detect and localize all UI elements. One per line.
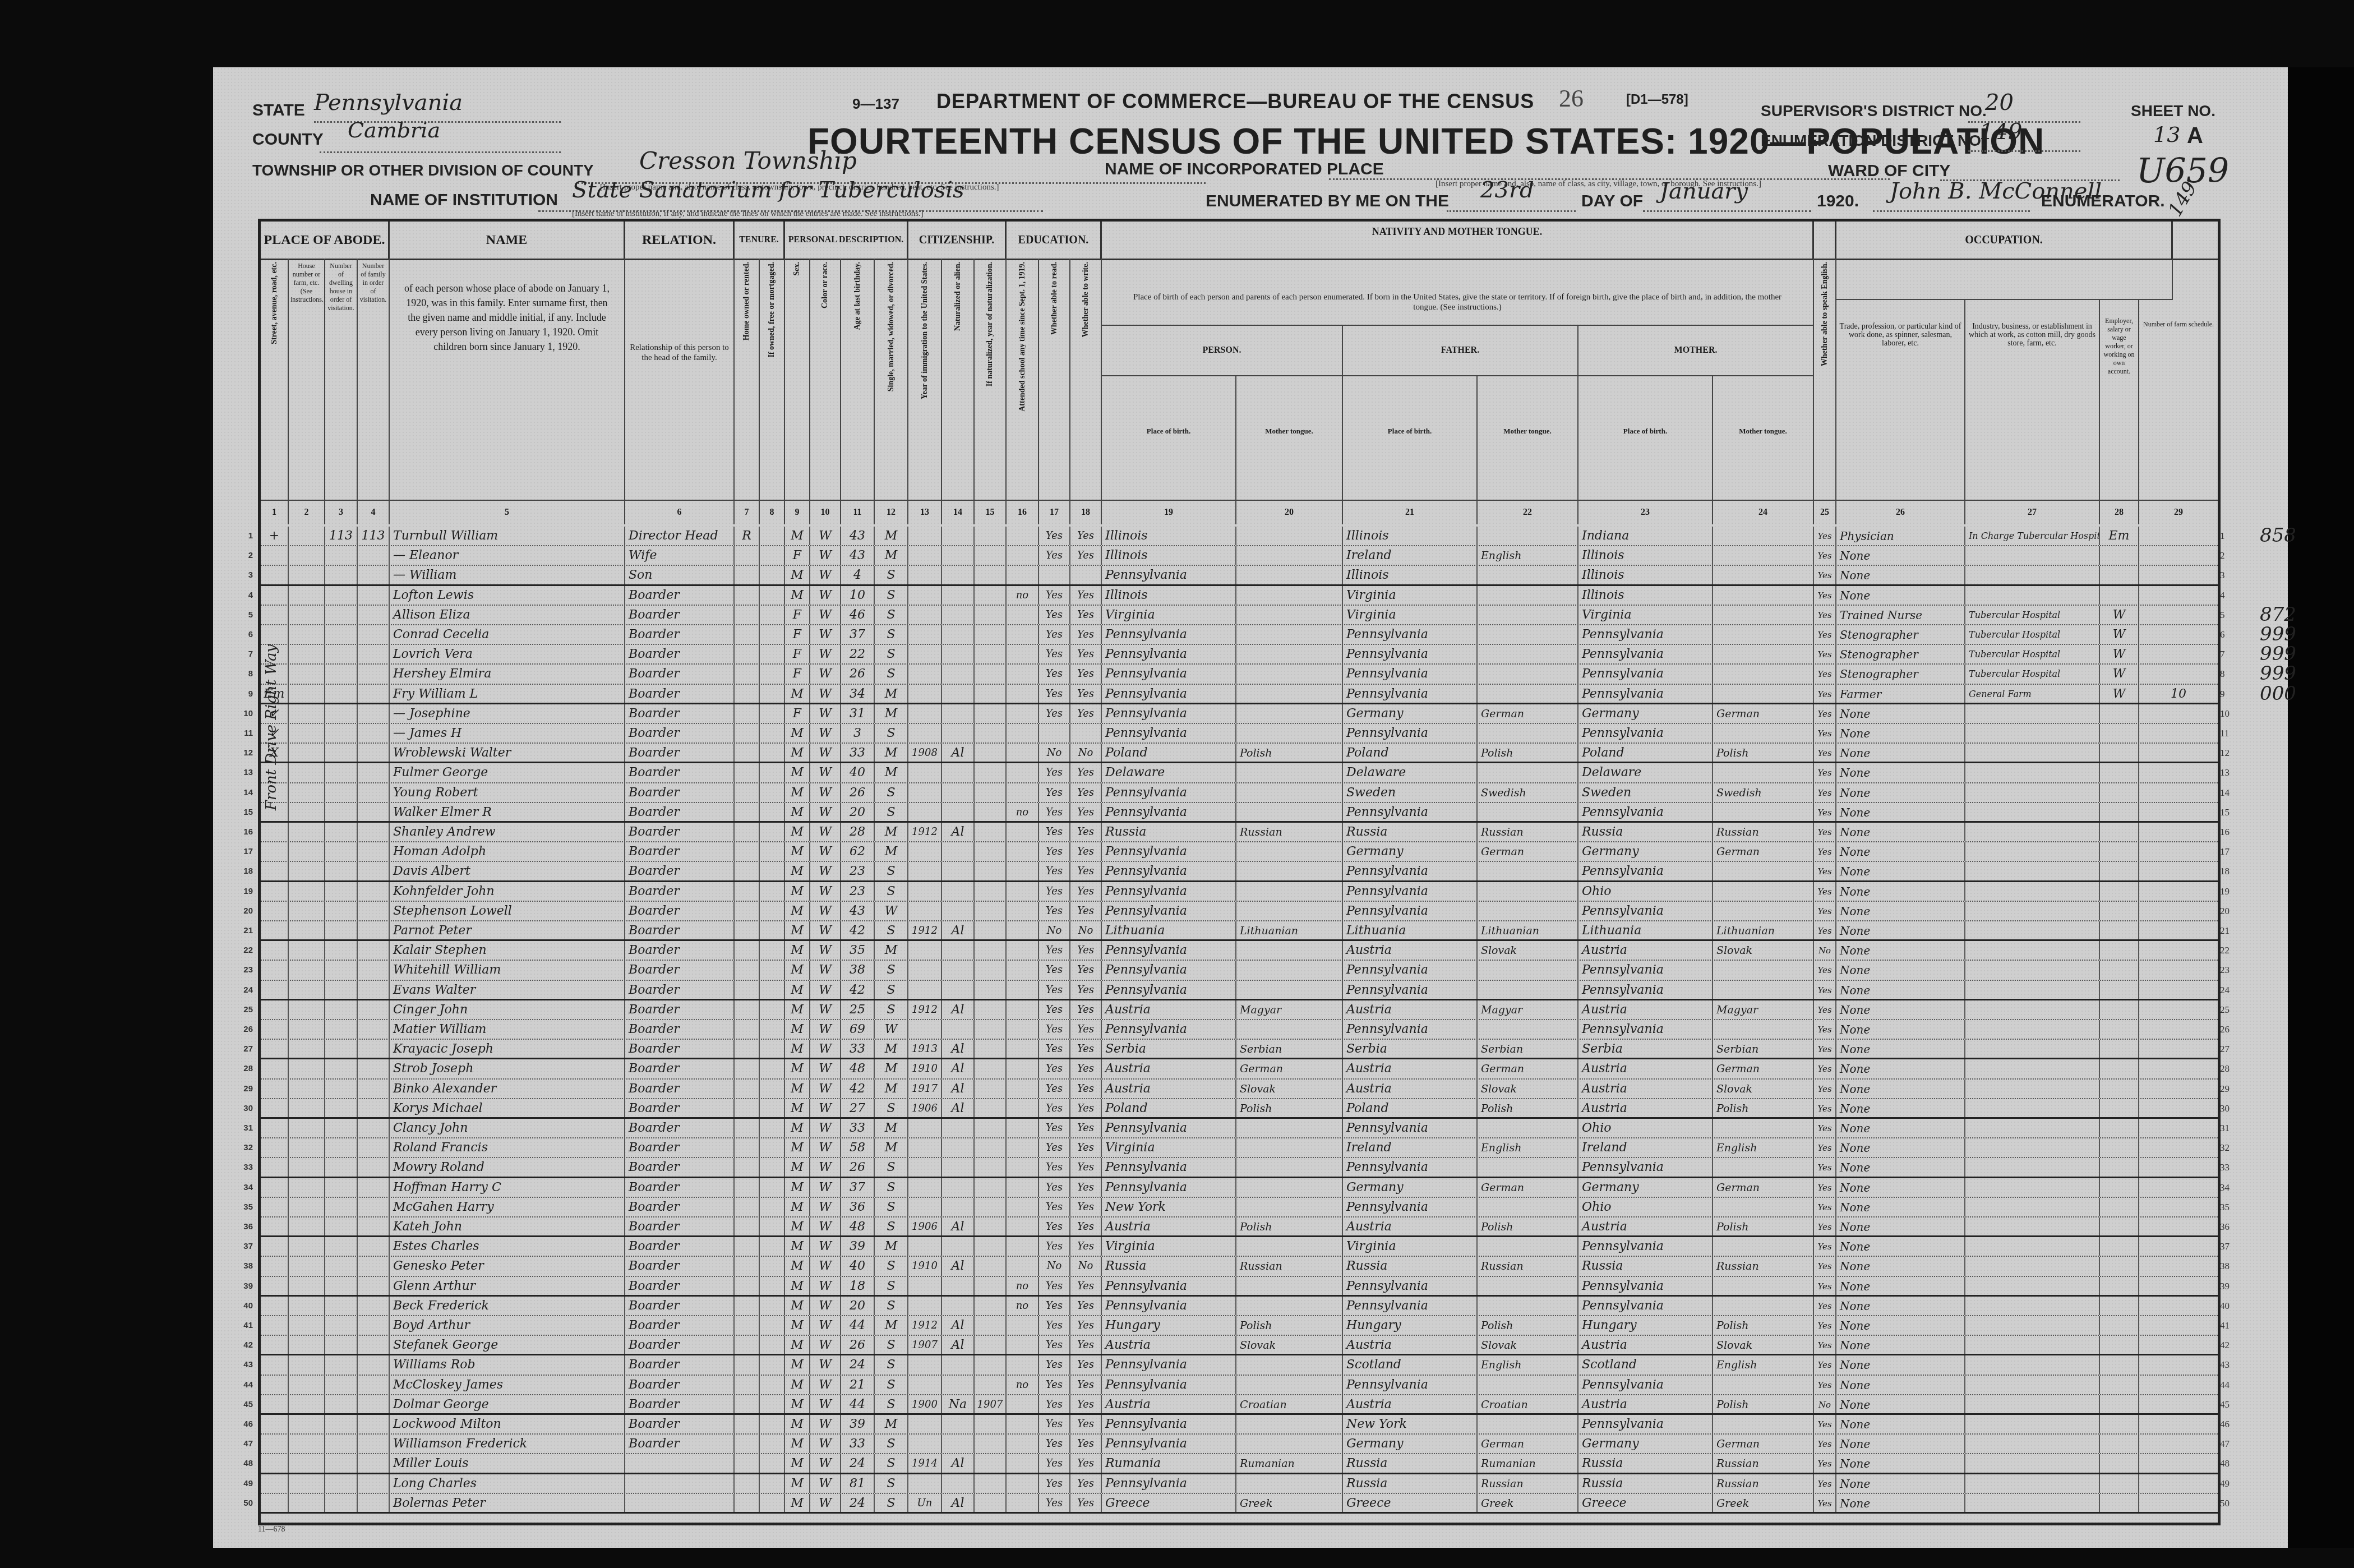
cell-naturalization-year (975, 823, 1007, 841)
cell-street (261, 902, 289, 920)
cell-sex: M (785, 823, 810, 841)
cell-read: Yes (1039, 1277, 1070, 1295)
cell-immigration (908, 1415, 942, 1433)
cell-relation: Boarder (625, 1297, 735, 1315)
cell-sex: M (785, 1277, 810, 1295)
cell-father-tongue (1478, 1376, 1578, 1394)
line-number: 43 (230, 1355, 253, 1375)
cell-tenure (735, 1474, 760, 1493)
cell-house (289, 1080, 325, 1098)
table-row: 9 Em Fry William L Boarder M W 34 M Yes … (261, 685, 2218, 704)
cell-mother-tongue: Magyar (1236, 1000, 1343, 1019)
cell-read: Yes (1039, 1138, 1070, 1157)
cell-age: 48 (841, 1059, 875, 1078)
cell-father-tongue (1478, 586, 1578, 605)
cell-street (261, 1198, 289, 1216)
cell-english: Yes (1814, 1435, 1836, 1453)
cell-dwelling (325, 566, 358, 584)
cell-farm (2139, 1395, 2218, 1413)
cell-farm (2139, 1178, 2218, 1197)
cell-house (289, 1336, 325, 1354)
cell-street (261, 941, 289, 960)
cell-school (1007, 665, 1039, 683)
cell-marital: S (875, 1217, 908, 1235)
cell-house (289, 1119, 325, 1137)
cell-tenure (735, 566, 760, 584)
cell-occupation: None (1836, 566, 1965, 584)
cell-naturalization-year (975, 1435, 1007, 1453)
cell-naturalization-year (975, 1355, 1007, 1374)
cell-mother-birthplace: Pennsylvania (1578, 1020, 1713, 1039)
col-2-header: House number or farm, etc. (See instruct… (289, 259, 325, 500)
cell-naturalization-year (975, 961, 1007, 979)
cell-family (358, 1297, 390, 1315)
cell-street: + (261, 527, 289, 545)
cell-mother-tongue (1236, 882, 1343, 901)
cell-occupation: None (1836, 546, 1965, 565)
cell-english: Yes (1814, 625, 1836, 644)
cell-naturalized (942, 1277, 975, 1295)
cell-farm (2139, 645, 2218, 663)
cell-naturalized (942, 1138, 975, 1157)
cell-street (261, 1336, 289, 1354)
cell-write: Yes (1070, 1059, 1102, 1078)
cell-race: W (810, 1415, 841, 1433)
cell-industry (1965, 981, 2100, 999)
colnum-25: 25 (1814, 500, 1836, 524)
cell-mother-mother-tongue: German (1713, 842, 1814, 861)
cell-relation: Boarder (625, 1138, 735, 1157)
col-27-header: Industry, business, or establishment in … (1965, 300, 2100, 500)
cell-mother-mother-tongue: English (1713, 1138, 1814, 1157)
cell-birthplace: Pennsylvania (1102, 645, 1236, 663)
line-number-right: 44 (2220, 1376, 2242, 1395)
cell-marital: S (875, 1494, 908, 1512)
cell-birthplace: Illinois (1102, 527, 1236, 545)
cell-age: 27 (841, 1099, 875, 1117)
cell-occupation: None (1836, 1336, 1965, 1354)
cell-mother-mother-tongue (1713, 606, 1814, 624)
cell-farm (2139, 527, 2218, 545)
cell-tenure (735, 823, 760, 841)
line-number-right: 30 (2220, 1099, 2242, 1118)
colnum-14: 14 (942, 500, 975, 524)
cell-read: Yes (1039, 1297, 1070, 1315)
cell-industry (1965, 1020, 2100, 1039)
cell-employer (2100, 1395, 2139, 1413)
cell-read: No (1039, 744, 1070, 762)
col-25-header: Whether able to speak English. (1814, 259, 1836, 500)
cell-read: Yes (1039, 546, 1070, 565)
cell-name: Krayacic Joseph (390, 1040, 625, 1058)
cell-age: 22 (841, 645, 875, 663)
cell-sex: M (785, 1395, 810, 1413)
cell-name: Lovrich Vera (390, 645, 625, 663)
cell-father-birthplace: Austria (1343, 941, 1478, 960)
cell-marital: M (875, 1415, 908, 1433)
cell-name: Fulmer George (390, 763, 625, 782)
cell-mortgage (760, 527, 785, 545)
cell-farm (2139, 1237, 2218, 1256)
cell-read: Yes (1039, 1316, 1070, 1335)
cell-industry (1965, 1277, 2100, 1295)
cell-family (358, 1020, 390, 1039)
cell-mother-tongue: Slovak (1236, 1336, 1343, 1354)
cell-mother-tongue (1236, 902, 1343, 920)
cell-industry (1965, 783, 2100, 802)
cell-mother-tongue (1236, 1435, 1343, 1453)
cell-mother-birthplace: Ohio (1578, 882, 1713, 901)
cell-mother-mother-tongue: Polish (1713, 1217, 1814, 1235)
cell-immigration: 1917 (908, 1080, 942, 1098)
cell-marital: M (875, 527, 908, 545)
cell-sex: M (785, 1000, 810, 1019)
cell-relation: Boarder (625, 1178, 735, 1197)
cell-read: Yes (1039, 1000, 1070, 1019)
cell-marital: M (875, 685, 908, 703)
cell-father-tongue: Russian (1478, 1474, 1578, 1493)
cell-mother-tongue (1236, 961, 1343, 979)
cell-industry (1965, 1316, 2100, 1335)
cell-mother-mother-tongue (1713, 1158, 1814, 1176)
col-23-header: Place of birth. (1578, 376, 1713, 500)
cell-mother-mother-tongue: Russian (1713, 823, 1814, 841)
cell-occupation: None (1836, 1316, 1965, 1335)
cell-naturalization-year (975, 1297, 1007, 1315)
cell-birthplace: Greece (1102, 1494, 1236, 1512)
cell-school (1007, 1000, 1039, 1019)
cell-race: W (810, 803, 841, 821)
cell-naturalized (942, 1355, 975, 1374)
cell-age: 69 (841, 1020, 875, 1039)
cell-english: Yes (1814, 1217, 1836, 1235)
cell-marital: S (875, 645, 908, 663)
cell-street (261, 586, 289, 605)
cell-occupation: None (1836, 1099, 1965, 1117)
cell-father-tongue (1478, 527, 1578, 545)
cell-mother-birthplace: Ohio (1578, 1198, 1713, 1216)
table-row: 8 Hershey Elmira Boarder F W 26 S Yes Ye… (261, 665, 2218, 684)
cell-name: Beck Frederick (390, 1297, 625, 1315)
cell-mother-mother-tongue: Slovak (1713, 941, 1814, 960)
col-13-text: Year of immigration to the United States… (921, 262, 929, 399)
cell-father-tongue: German (1478, 1059, 1578, 1078)
cell-sex: M (785, 961, 810, 979)
cell-mother-mother-tongue (1713, 981, 1814, 999)
cell-write: Yes (1070, 1198, 1102, 1216)
cell-occupation: Farmer (1836, 685, 1965, 703)
cell-marital: S (875, 625, 908, 644)
father-header: FATHER. (1343, 326, 1578, 376)
person-header: PERSON. (1102, 326, 1343, 376)
table-row: 42 Stefanek George Boarder M W 26 S 1907… (261, 1336, 2218, 1355)
cell-race: W (810, 902, 841, 920)
cell-dwelling (325, 1395, 358, 1413)
cell-mother-birthplace: Ohio (1578, 1119, 1713, 1137)
cell-mortgage (760, 1415, 785, 1433)
cell-mortgage (760, 1257, 785, 1275)
table-row: 12 X Wroblewski Walter Boarder M W 33 M … (261, 744, 2218, 763)
cell-relation: Boarder (625, 1158, 735, 1176)
cell-immigration (908, 1297, 942, 1315)
cell-mother-birthplace: Austria (1578, 1000, 1713, 1019)
cell-mother-mother-tongue (1713, 961, 1814, 979)
cell-naturalization-year (975, 882, 1007, 901)
cell-name: Evans Walter (390, 981, 625, 999)
line-number-right: 36 (2220, 1217, 2242, 1237)
line-number-right: 35 (2220, 1198, 2242, 1217)
cell-relation: Boarder (625, 823, 735, 841)
cell-sex: M (785, 1454, 810, 1472)
table-row: 26 Matier William Boarder M W 69 W Yes Y… (261, 1020, 2218, 1040)
cell-industry (1965, 1158, 2100, 1176)
cell-sex: M (785, 1237, 810, 1256)
cell-marital: S (875, 1178, 908, 1197)
cell-employer (2100, 1316, 2139, 1335)
cell-write: Yes (1070, 704, 1102, 723)
cell-name: Cinger John (390, 1000, 625, 1019)
col-19-header: Place of birth. (1102, 376, 1236, 500)
cell-school (1007, 823, 1039, 841)
line-number: 12 (230, 744, 253, 763)
cell-mother-birthplace: Russia (1578, 1454, 1713, 1472)
cell-naturalized (942, 704, 975, 723)
line-number: 11 (230, 724, 253, 743)
cell-mother-birthplace: Illinois (1578, 586, 1713, 605)
cell-read: Yes (1039, 783, 1070, 802)
cell-naturalization-year: 1907 (975, 1395, 1007, 1413)
cell-street (261, 981, 289, 999)
cell-family (358, 1059, 390, 1078)
cell-family (358, 1158, 390, 1176)
cell-tenure (735, 1059, 760, 1078)
cell-relation: Boarder (625, 803, 735, 821)
line-number-right: 25 (2220, 1000, 2242, 1020)
cell-occupation: None (1836, 1178, 1965, 1197)
cell-write: Yes (1070, 606, 1102, 624)
cell-sex: M (785, 783, 810, 802)
cell-english: Yes (1814, 902, 1836, 920)
group-occupation: OCCUPATION. (1836, 222, 2173, 259)
cell-immigration (908, 783, 942, 802)
line-number-right: 28 (2220, 1059, 2242, 1078)
cell-street (261, 1494, 289, 1512)
cell-employer (2100, 1415, 2139, 1433)
table-row: 47 Williamson Frederick Boarder M W 33 S… (261, 1435, 2218, 1454)
cell-read (1039, 566, 1070, 584)
colnum-29: 29 (2139, 500, 2218, 524)
col-11-header: Age at last birthday. (841, 259, 875, 500)
cell-marital: S (875, 606, 908, 624)
cell-house (289, 803, 325, 821)
line-number-right: 50 (2220, 1494, 2242, 1513)
cell-mortgage (760, 1297, 785, 1315)
cell-tenure (735, 1415, 760, 1433)
line-number-right: 9 (2220, 685, 2242, 704)
cell-name: Long Charles (390, 1474, 625, 1493)
cell-mother-tongue (1236, 546, 1343, 565)
cell-naturalization-year (975, 981, 1007, 999)
line-number: 17 (230, 842, 253, 861)
cell-father-tongue (1478, 862, 1578, 880)
cell-industry: Tubercular Hospital (1965, 645, 2100, 663)
cell-naturalized: Al (942, 1316, 975, 1335)
enumeration-line (1968, 150, 2080, 152)
cell-read: Yes (1039, 1080, 1070, 1098)
cell-immigration (908, 1435, 942, 1453)
cell-relation: Boarder (625, 645, 735, 663)
cell-street (261, 921, 289, 939)
group-education: EDUCATION. (1007, 222, 1102, 259)
cell-name: Boyd Arthur (390, 1316, 625, 1335)
cell-occupation: None (1836, 763, 1965, 782)
cell-dwelling (325, 981, 358, 999)
cell-occupation: None (1836, 823, 1965, 841)
cell-school (1007, 1217, 1039, 1235)
cell-mortgage (760, 1040, 785, 1058)
cell-school (1007, 685, 1039, 703)
cell-family (358, 1198, 390, 1216)
cell-english: Yes (1814, 1119, 1836, 1137)
cell-mortgage (760, 1000, 785, 1019)
col-7-text: Home owned or rented. (742, 262, 751, 340)
cell-mother-tongue (1236, 1376, 1343, 1394)
cell-house (289, 823, 325, 841)
cell-mother-birthplace: Pennsylvania (1578, 645, 1713, 663)
cell-occupation: None (1836, 1198, 1965, 1216)
cell-relation: Son (625, 566, 735, 584)
cell-english: Yes (1814, 823, 1836, 841)
cell-dwelling (325, 1494, 358, 1512)
cell-house (289, 665, 325, 683)
cell-name: Fry William L (390, 685, 625, 703)
line-number: 32 (230, 1138, 253, 1157)
col-18-text: Whether able to write. (1082, 262, 1090, 337)
line-number-right: 22 (2220, 941, 2242, 960)
cell-tenure (735, 803, 760, 821)
table-row: 19 Kohnfelder John Boarder M W 23 S Yes … (261, 882, 2218, 902)
cell-tenure (735, 1454, 760, 1472)
line-number: 28 (230, 1059, 253, 1078)
cell-naturalization-year (975, 1020, 1007, 1039)
cell-mother-tongue (1236, 606, 1343, 624)
cell-naturalization-year (975, 1119, 1007, 1137)
cell-house (289, 527, 325, 545)
cell-father-birthplace: Austria (1343, 1336, 1478, 1354)
cell-employer (2100, 1178, 2139, 1197)
group-personal: PERSONAL DESCRIPTION. (785, 222, 908, 259)
cell-marital: M (875, 823, 908, 841)
cell-mother-birthplace: Russia (1578, 823, 1713, 841)
incorporated-label: NAME OF INCORPORATED PLACE (1105, 160, 1384, 179)
cell-family (358, 744, 390, 762)
cell-read: Yes (1039, 1435, 1070, 1453)
cell-sex: M (785, 1158, 810, 1176)
cell-mother-tongue (1236, 1020, 1343, 1039)
col-15-text: If naturalized, year of naturalization. (986, 262, 994, 386)
cell-employer (2100, 842, 2139, 861)
cell-father-birthplace: Pennsylvania (1343, 1376, 1478, 1394)
cell-sex: M (785, 724, 810, 743)
cell-dwelling (325, 1178, 358, 1197)
cell-sex: M (785, 1316, 810, 1335)
table-row: 10 ✓ — Josephine Boarder F W 31 M Yes Ye… (261, 704, 2218, 724)
table-row: 11 ✓ — James H Boarder M W 3 S Pennsylva… (261, 724, 2218, 744)
cell-read: Yes (1039, 1119, 1070, 1137)
cell-english: Yes (1814, 882, 1836, 901)
day-of-label: DAY OF (1581, 192, 1643, 211)
cell-father-tongue (1478, 961, 1578, 979)
cell-relation: Boarder (625, 1376, 735, 1394)
cell-marital: S (875, 981, 908, 999)
cell-marital: M (875, 546, 908, 565)
line-number: 6 (230, 625, 253, 644)
cell-street (261, 1237, 289, 1256)
cell-family (358, 1099, 390, 1117)
line-number: 36 (230, 1217, 253, 1237)
cell-sex: M (785, 1138, 810, 1157)
col-4-header: Number of family in order of visitation. (358, 259, 390, 500)
cell-age: 33 (841, 1040, 875, 1058)
cell-house (289, 1217, 325, 1235)
cell-mortgage (760, 546, 785, 565)
cell-relation: Boarder (625, 902, 735, 920)
cell-naturalization-year (975, 1158, 1007, 1176)
cell-industry (1965, 1494, 2100, 1512)
occupation-code: 999 (2260, 623, 2296, 645)
cell-mother-tongue (1236, 803, 1343, 821)
cell-name: — James H (390, 724, 625, 743)
cell-race: W (810, 1198, 841, 1216)
col-14-header: Naturalized or alien. (942, 259, 975, 500)
table-row: 5 Allison Eliza Boarder F W 46 S Yes Yes… (261, 606, 2218, 625)
cell-naturalized (942, 763, 975, 782)
cell-immigration (908, 1158, 942, 1176)
cell-tenure (735, 1435, 760, 1453)
cell-mother-tongue (1236, 1158, 1343, 1176)
cell-tenure (735, 1277, 760, 1295)
cell-dwelling (325, 1138, 358, 1157)
cell-mortgage (760, 1059, 785, 1078)
cell-naturalized (942, 941, 975, 960)
cell-dwelling (325, 1277, 358, 1295)
cell-father-tongue: Polish (1478, 1099, 1578, 1117)
supervisor-label: SUPERVISOR'S DISTRICT NO. (1761, 102, 1987, 120)
cell-family (358, 1080, 390, 1098)
cell-name: Lockwood Milton (390, 1415, 625, 1433)
cell-immigration (908, 527, 942, 545)
cell-school (1007, 527, 1039, 545)
cell-employer (2100, 981, 2139, 999)
table-row: 37 Estes Charles Boarder M W 39 M Yes Ye… (261, 1237, 2218, 1257)
cell-marital: S (875, 1158, 908, 1176)
cell-dwelling (325, 1297, 358, 1315)
cell-read: Yes (1039, 1494, 1070, 1512)
cell-race: W (810, 981, 841, 999)
line-number: 27 (230, 1040, 253, 1059)
cell-house (289, 1020, 325, 1039)
table-row: 33 Mowry Roland Boarder M W 26 S Yes Yes… (261, 1158, 2218, 1178)
cell-write: Yes (1070, 1040, 1102, 1058)
cell-industry (1965, 1376, 2100, 1394)
cell-birthplace: Pennsylvania (1102, 902, 1236, 920)
line-number: 38 (230, 1257, 253, 1276)
cell-father-tongue: Russian (1478, 823, 1578, 841)
cell-relation: Boarder (625, 1395, 735, 1413)
cell-house (289, 1474, 325, 1493)
cell-farm (2139, 882, 2218, 901)
cell-employer (2100, 921, 2139, 939)
